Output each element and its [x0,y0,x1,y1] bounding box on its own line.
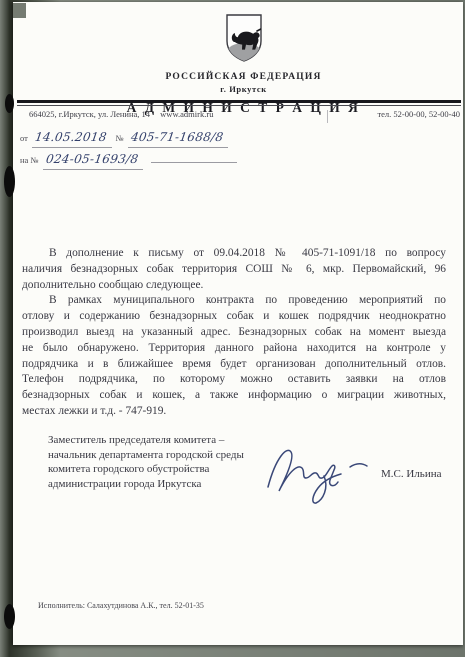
body-line: дополнительно сообщаю следующее. [22,278,446,294]
body-line: местах лежки и т.д. - 747-919. [22,404,446,420]
letterhead-divider-rule [17,100,461,106]
empty-underline [151,149,237,163]
letterhead-city: г. Иркутск [11,84,465,94]
contact-separator [327,110,328,123]
reply-field: 024-05-1693/8 [43,150,143,170]
body-line: не было обнаружено. Территория данного р… [22,341,446,357]
body-line: В дополнение к письму от 09.04.2018 № 40… [22,246,446,262]
body-line: безнадзорных собак и кошек, а также инфо… [22,388,446,404]
incoming-reference-row: на № 024-05-1693/8 [20,149,237,170]
binder-hole-mark [4,604,15,629]
body-line: производил выезд на указанный адрес. Без… [22,325,446,341]
body-line: подрядчика и в ближайшее время будет орг… [22,357,446,373]
website-text: www.admirk.ru [160,109,213,119]
binder-hole-mark [4,166,15,197]
contact-row: 664025, г.Иркутск, ул. Ленина, 14 www.ad… [29,109,460,119]
body-line: отлову и содержанию безнадзорных собак и… [22,309,446,325]
number-label: № [116,133,124,143]
body-line: В рамках муниципального контракта по про… [22,293,446,309]
signer-position-line: комитета городского обустройства [48,462,283,477]
body-line: наличия безнадзорных собак территория СО… [22,262,446,278]
signer-position-line: Заместитель председателя комитета – [48,433,283,448]
number-field: 405-71-1688/8 [128,128,228,148]
handwritten-date: 14.05.2018 [34,130,108,144]
signer-name: М.С. Ильина [381,468,441,480]
date-label: от [20,133,28,143]
address-text: 664025, г.Иркутск, ул. Ленина, 14 [29,109,150,119]
body-line: Телефон подрядчика, по которому можно ос… [22,372,446,388]
executor-note: Исполнитель: Салахутдинова А.К., тел. 52… [38,601,204,610]
signer-position-line: начальник департамента городской среды [48,448,283,463]
letter-body: В дополнение к письму от 09.04.2018 № 40… [22,246,446,420]
handwritten-reply-number: 024-05-1693/8 [45,152,139,166]
postal-address: 664025, г.Иркутск, ул. Ленина, 14 www.ad… [29,109,221,119]
phone-numbers: тел. 52-00-00, 52-00-40 [377,109,460,119]
reply-label: на № [20,155,39,165]
handwritten-number: 405-71-1688/8 [130,130,224,144]
date-field: 14.05.2018 [32,128,112,148]
irkutsk-coat-of-arms-icon [224,14,264,69]
reference-block: от 14.05.2018 № 405-71-1688/8 на № 024-0… [20,128,237,170]
signer-position-line: администрации города Иркутска [48,477,283,492]
letterhead-country: РОССИЙСКАЯ ФЕДЕРАЦИЯ [11,72,465,82]
handwritten-signature-icon [262,437,374,512]
scanned-letter-page: РОССИЙСКАЯ ФЕДЕРАЦИЯ г. Иркутск А Д М И … [0,0,465,657]
signer-position: Заместитель председателя комитета – нача… [48,433,283,491]
outgoing-reference-row: от 14.05.2018 № 405-71-1688/8 [20,128,237,149]
